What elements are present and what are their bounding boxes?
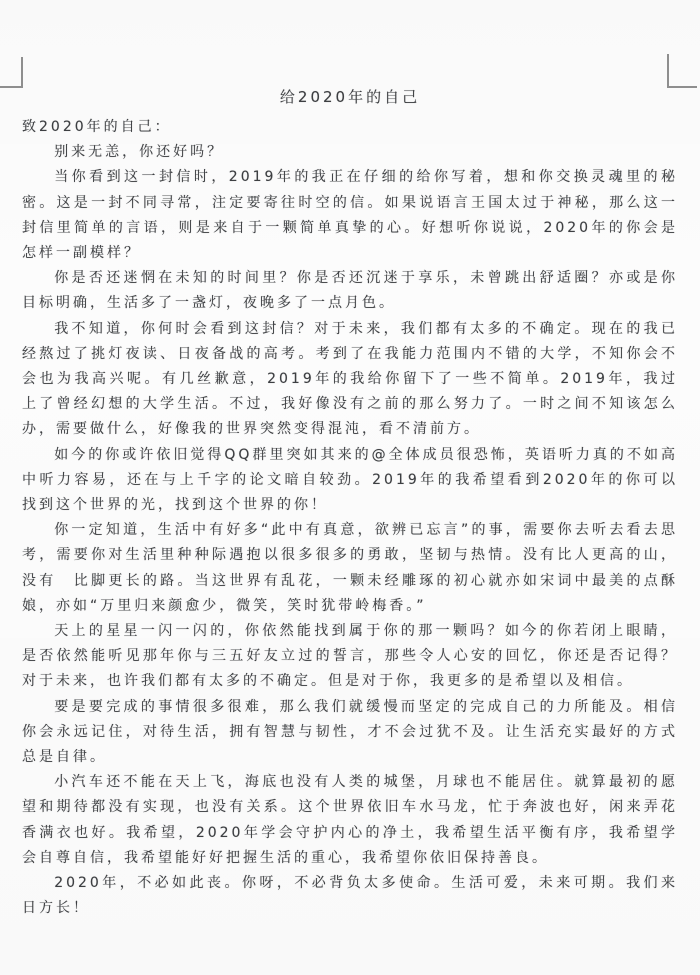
- letter-paragraph: 如今的你或许依旧觉得QQ群里突如其来的@全体成员很恐怖，英语听力真的不如高中听力…: [22, 443, 678, 519]
- letter-body: 给2020年的自己 致2020年的自己： 别来无恙，你还好吗？ 当你看到这一封信…: [22, 85, 678, 922]
- letter-paragraph: 小汽车还不能在天上飞，海底也没有人类的城堡，月球也不能居住。就算最初的愿望和期待…: [22, 770, 678, 871]
- letter-paragraph: 天上的星星一闪一闪的，你依然能找到属于你的那一颗吗？如今的你若闭上眼睛，是否依然…: [22, 619, 678, 695]
- crop-mark-top-right: [667, 54, 697, 88]
- letter-paragraph: 我不知道，你何时会看到这封信？对于未来，我们都有太多的不确定。现在的我已经熬过了…: [22, 317, 678, 443]
- letter-title: 给2020年的自己: [22, 85, 678, 110]
- letter-paragraph: 你是否还迷惘在未知的时间里？你是否还沉迷于享乐，未曾跳出舒适圈？亦或是你目标明确…: [22, 266, 678, 316]
- letter-paragraph: 当你看到这一封信时，2019年的我正在仔细的给你写着，想和你交换灵魂里的秘密。这…: [22, 165, 678, 266]
- crop-mark-top-left: [0, 57, 23, 88]
- letter-paragraph: 要是要完成的事情很多很难，那么我们就缓慢而坚定的完成自己的力所能及。相信你会永远…: [22, 695, 678, 771]
- letter-paragraph: 你一定知道，生活中有好多“此中有真意，欲辨已忘言”的事，需要你去听去看去思考，需…: [22, 518, 678, 619]
- scanned-letter-page: 给2020年的自己 致2020年的自己： 别来无恙，你还好吗？ 当你看到这一封信…: [0, 0, 700, 975]
- letter-salutation: 致2020年的自己：: [22, 115, 678, 140]
- letter-paragraph: 别来无恙，你还好吗？: [22, 140, 678, 165]
- letter-paragraph: 2020年，不必如此丧。你呀，不必背负太多使命。生活可爱，未来可期。我们来日方长…: [22, 871, 678, 921]
